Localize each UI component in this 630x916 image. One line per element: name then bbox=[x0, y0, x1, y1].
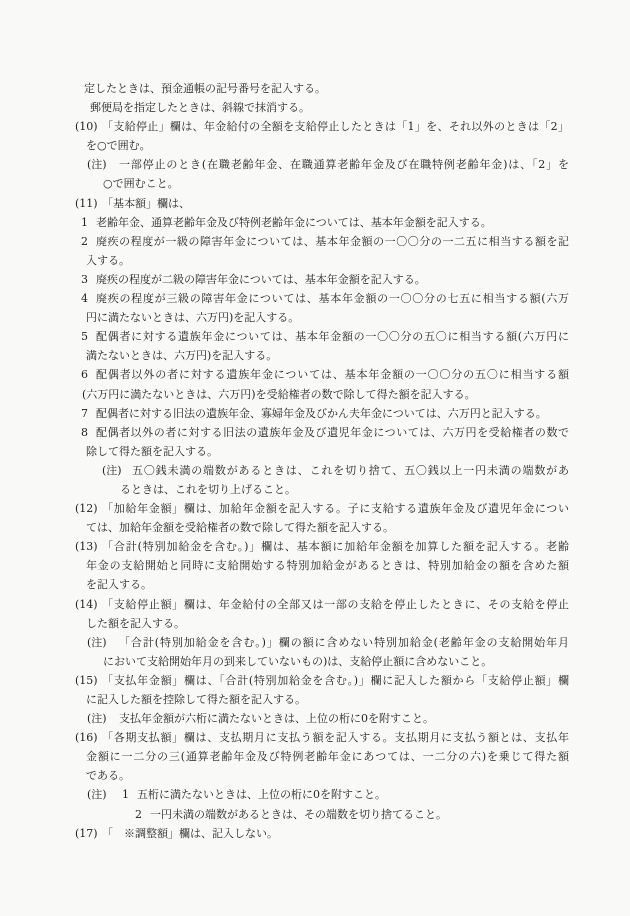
line-text: ては、加給年金額を受給権者の数で除して得た額を記入する。 bbox=[86, 518, 569, 537]
subitem-number: 2 bbox=[81, 232, 88, 251]
doc-line-item-17: (17)「 ※調整額」欄は、記入しない。 bbox=[0, 824, 630, 843]
doc-line-note: (注)支払年金額が六桁に満たないときは、上位の桁に0を附すこと。 bbox=[0, 709, 630, 728]
doc-line: 定したときは、預金通帳の記号番号を記入する。 bbox=[0, 79, 630, 98]
line-text: 「各期支払額」欄は、支払期月に支払う額を記入する。支払期月に支払う額とは、支払年 bbox=[102, 728, 569, 747]
doc-line: 金額に一二分の三(通算老齢年金及び特例老齢年金にあつては、一二分の六)を乗じて得… bbox=[0, 747, 630, 766]
line-text: るときは、これを切り上げること。 bbox=[120, 480, 569, 499]
subitem-number: 4 bbox=[81, 289, 88, 308]
doc-line: 年金の支給開始と同時に支給開始する特別加給金があるときは、特別加給金の額を含めた… bbox=[0, 556, 630, 575]
line-text: を○で囲む。 bbox=[86, 136, 569, 155]
note-item-number: 1 bbox=[122, 785, 129, 804]
doc-line-sub: 4廃疾の程度が三級の障害年金については、基本年金額の一〇〇分の七五に相当する額(… bbox=[0, 289, 630, 308]
line-text: 廃疾の程度が三級の障害年金については、基本年金額の一〇〇分の七五に相当する額(六… bbox=[96, 289, 569, 308]
note-label: (注) bbox=[87, 709, 107, 728]
item-number: (14) bbox=[75, 595, 98, 614]
doc-line-item-11: (11)「基本額」欄は、 bbox=[0, 194, 630, 213]
doc-line: において支給開始年月の到来していないもの)は、支給停止額に含めないこと。 bbox=[0, 652, 630, 671]
doc-line-note: (注)一部停止のとき(在職老齢年金、在職通算老齢年金及び在職特例老齢年金)は、「… bbox=[0, 155, 630, 174]
line-text: 一部停止のとき(在職老齢年金、在職通算老齢年金及び在職特例老齢年金)は、「2」を bbox=[119, 155, 569, 174]
line-text: 「合計(特別加給金を含む。)」欄は、基本額に加給年金額を加算した額を記入する。老… bbox=[102, 537, 569, 556]
doc-line-item-16: (16)「各期支払額」欄は、支払期月に支払う額を記入する。支払期月に支払う額とは… bbox=[0, 728, 630, 747]
line-text: 「支給停止額」欄は、年金給付の全部又は一部の支給を停止したときに、その支給を停止 bbox=[102, 595, 569, 614]
line-text: 配偶者に対する遺族年金については、基本年金額の一〇〇分の五〇に相当する額(六万円… bbox=[96, 327, 569, 346]
subitem-number: 1 bbox=[81, 213, 88, 232]
doc-line-sub: 5配偶者に対する遺族年金については、基本年金額の一〇〇分の五〇に相当する額(六万… bbox=[0, 327, 630, 346]
doc-line-item-13: (13)「合計(特別加給金を含む。)」欄は、基本額に加給年金額を加算した額を記入… bbox=[0, 537, 630, 556]
doc-line-note: 2一円未満の端数があるときは、その端数を切り捨てること。 bbox=[0, 805, 630, 824]
note-item-number: 2 bbox=[135, 805, 142, 824]
line-text: 除して得た額を記入する。 bbox=[86, 442, 569, 461]
item-number: (10) bbox=[75, 117, 98, 136]
line-text: 一円未満の端数があるときは、その端数を切り捨てること。 bbox=[150, 805, 569, 824]
document-page: 定したときは、預金通帳の記号番号を記入する。 郵便局を指定したときは、斜線で抹消… bbox=[0, 0, 630, 916]
subitem-number: 5 bbox=[81, 327, 88, 346]
line-text: した額を記入する。 bbox=[86, 614, 569, 633]
doc-line-sub: 6配偶者以外の者に対する遺族年金については、基本年金額の一〇〇分の五〇に相当する… bbox=[0, 365, 630, 384]
line-text: 配偶者に対する旧法の遺族年金、寡婦年金及びかん夫年金については、六万円と記入する… bbox=[96, 404, 569, 423]
line-text: 「支給停止」欄は、年金給付の全額を支給停止したときは「1」を、それ以外のときは「… bbox=[102, 117, 569, 136]
line-text: 廃疾の程度が一級の障害年金については、基本年金額の一〇〇分の一二五に相当する額を… bbox=[96, 232, 569, 251]
line-text: 老齢年金、通算老齢年金及び特例老齢年金については、基本年金額を記入する。 bbox=[96, 213, 569, 232]
subitem-number: 7 bbox=[81, 404, 88, 423]
doc-line-sub: 7配偶者に対する旧法の遺族年金、寡婦年金及びかん夫年金については、六万円と記入す… bbox=[0, 404, 630, 423]
doc-line: を○で囲む。 bbox=[0, 136, 630, 155]
item-number: (13) bbox=[75, 537, 98, 556]
doc-line: 郵便局を指定したときは、斜線で抹消する。 bbox=[0, 98, 630, 117]
line-text: 配偶者以外の者に対する旧法の遺族年金及び遺児年金については、六万円を受給権者の数… bbox=[96, 423, 569, 442]
subitem-number: 6 bbox=[81, 365, 88, 384]
doc-line-note: (注)「合計(特別加給金を含む。)」欄の額に含めない特別加給金(老齢年金の支給開… bbox=[0, 633, 630, 652]
doc-line-sub: 8配偶者以外の者に対する旧法の遺族年金及び遺児年金については、六万円を受給権者の… bbox=[0, 423, 630, 442]
note-label: (注) bbox=[87, 155, 107, 174]
line-text: 「基本額」欄は、 bbox=[102, 194, 569, 213]
line-text: 「支払年金額」欄は、「合計(特別加給金を含む。)」欄に記入した額から「支給停止額… bbox=[102, 671, 569, 690]
doc-line: を記入する。 bbox=[0, 575, 630, 594]
doc-line: である。 bbox=[0, 766, 630, 785]
doc-line: 除して得た額を記入する。 bbox=[0, 442, 630, 461]
doc-line: 円に満たないときは、六万円)を記入する。 bbox=[0, 308, 630, 327]
doc-line-item-15: (15)「支払年金額」欄は、「合計(特別加給金を含む。)」欄に記入した額から「支… bbox=[0, 671, 630, 690]
line-text: 配偶者以外の者に対する遺族年金については、基本年金額の一〇〇分の五〇に相当する額 bbox=[96, 365, 569, 384]
note-label: (注) bbox=[102, 461, 122, 480]
document-body: 定したときは、預金通帳の記号番号を記入する。 郵便局を指定したときは、斜線で抹消… bbox=[0, 79, 630, 843]
item-number: (15) bbox=[75, 671, 98, 690]
doc-line-item-10: (10)「支給停止」欄は、年金給付の全額を支給停止したときは「1」を、それ以外の… bbox=[0, 117, 630, 136]
note-label: (注) bbox=[87, 785, 107, 804]
line-text: 五桁に満たないときは、上位の桁に0を附すこと。 bbox=[137, 785, 569, 804]
item-number: (17) bbox=[75, 824, 98, 843]
line-text: ○で囲むこと。 bbox=[103, 174, 569, 193]
doc-line: 満たないときは、六万円)を記入する。 bbox=[0, 346, 630, 365]
line-text: 円に満たないときは、六万円)を記入する。 bbox=[86, 308, 569, 327]
line-text: 「加給年金額」欄は、加給年金額を記入する。子に支給する遺族年金及び遺児年金につい bbox=[102, 499, 569, 518]
line-text: 年金の支給開始と同時に支給開始する特別加給金があるときは、特別加給金の額を含めた… bbox=[86, 556, 569, 575]
doc-line: るときは、これを切り上げること。 bbox=[0, 480, 630, 499]
doc-line-item-14: (14)「支給停止額」欄は、年金給付の全部又は一部の支給を停止したときに、その支… bbox=[0, 595, 630, 614]
line-text: に記入した額を控除して得た額を記入する。 bbox=[86, 690, 569, 709]
doc-line: 入する。 bbox=[0, 251, 630, 270]
line-text: において支給開始年月の到来していないもの)は、支給停止額に含めないこと。 bbox=[103, 652, 569, 671]
line-text: 郵便局を指定したときは、斜線で抹消する。 bbox=[90, 98, 569, 117]
line-text: 「合計(特別加給金を含む。)」欄の額に含めない特別加給金(老齢年金の支給開始年月 bbox=[119, 633, 569, 652]
doc-line-sub: 2廃疾の程度が一級の障害年金については、基本年金額の一〇〇分の一二五に相当する額… bbox=[0, 232, 630, 251]
line-text: 定したときは、預金通帳の記号番号を記入する。 bbox=[84, 79, 569, 98]
doc-line: ○で囲むこと。 bbox=[0, 174, 630, 193]
doc-line-note: (注)五〇銭未満の端数があるときは、これを切り捨て、五〇銭以上一円未満の端数があ bbox=[0, 461, 630, 480]
line-text: 廃疾の程度が二級の障害年金については、基本年金額を記入する。 bbox=[96, 270, 569, 289]
subitem-number: 8 bbox=[81, 423, 88, 442]
doc-line: した額を記入する。 bbox=[0, 614, 630, 633]
line-text: 五〇銭未満の端数があるときは、これを切り捨て、五〇銭以上一円未満の端数があ bbox=[132, 461, 569, 480]
line-text: 入する。 bbox=[86, 251, 569, 270]
line-text: 金額に一二分の三(通算老齢年金及び特例老齢年金にあつては、一二分の六)を乗じて得… bbox=[86, 747, 569, 766]
doc-line-item-12: (12)「加給年金額」欄は、加給年金額を記入する。子に支給する遺族年金及び遺児年… bbox=[0, 499, 630, 518]
note-label: (注) bbox=[87, 633, 107, 652]
item-number: (12) bbox=[75, 499, 98, 518]
doc-line-sub: 3廃疾の程度が二級の障害年金については、基本年金額を記入する。 bbox=[0, 270, 630, 289]
doc-line-note: (注)1五桁に満たないときは、上位の桁に0を附すこと。 bbox=[0, 785, 630, 804]
line-text: 支払年金額が六桁に満たないときは、上位の桁に0を附すこと。 bbox=[119, 709, 569, 728]
doc-line-sub: 1老齢年金、通算老齢年金及び特例老齢年金については、基本年金額を記入する。 bbox=[0, 213, 630, 232]
line-text: を記入する。 bbox=[86, 575, 569, 594]
line-text: である。 bbox=[86, 766, 569, 785]
doc-line: に記入した額を控除して得た額を記入する。 bbox=[0, 690, 630, 709]
doc-line: (六万円に満たないときは、六万円)を受給権者の数で除して得た額を記入する。 bbox=[0, 385, 630, 404]
line-text: 「 ※調整額」欄は、記入しない。 bbox=[102, 824, 569, 843]
item-number: (11) bbox=[75, 194, 98, 213]
item-number: (16) bbox=[75, 728, 98, 747]
line-text: 満たないときは、六万円)を記入する。 bbox=[86, 346, 569, 365]
doc-line: ては、加給年金額を受給権者の数で除して得た額を記入する。 bbox=[0, 518, 630, 537]
subitem-number: 3 bbox=[81, 270, 88, 289]
line-text: (六万円に満たないときは、六万円)を受給権者の数で除して得た額を記入する。 bbox=[82, 385, 569, 404]
